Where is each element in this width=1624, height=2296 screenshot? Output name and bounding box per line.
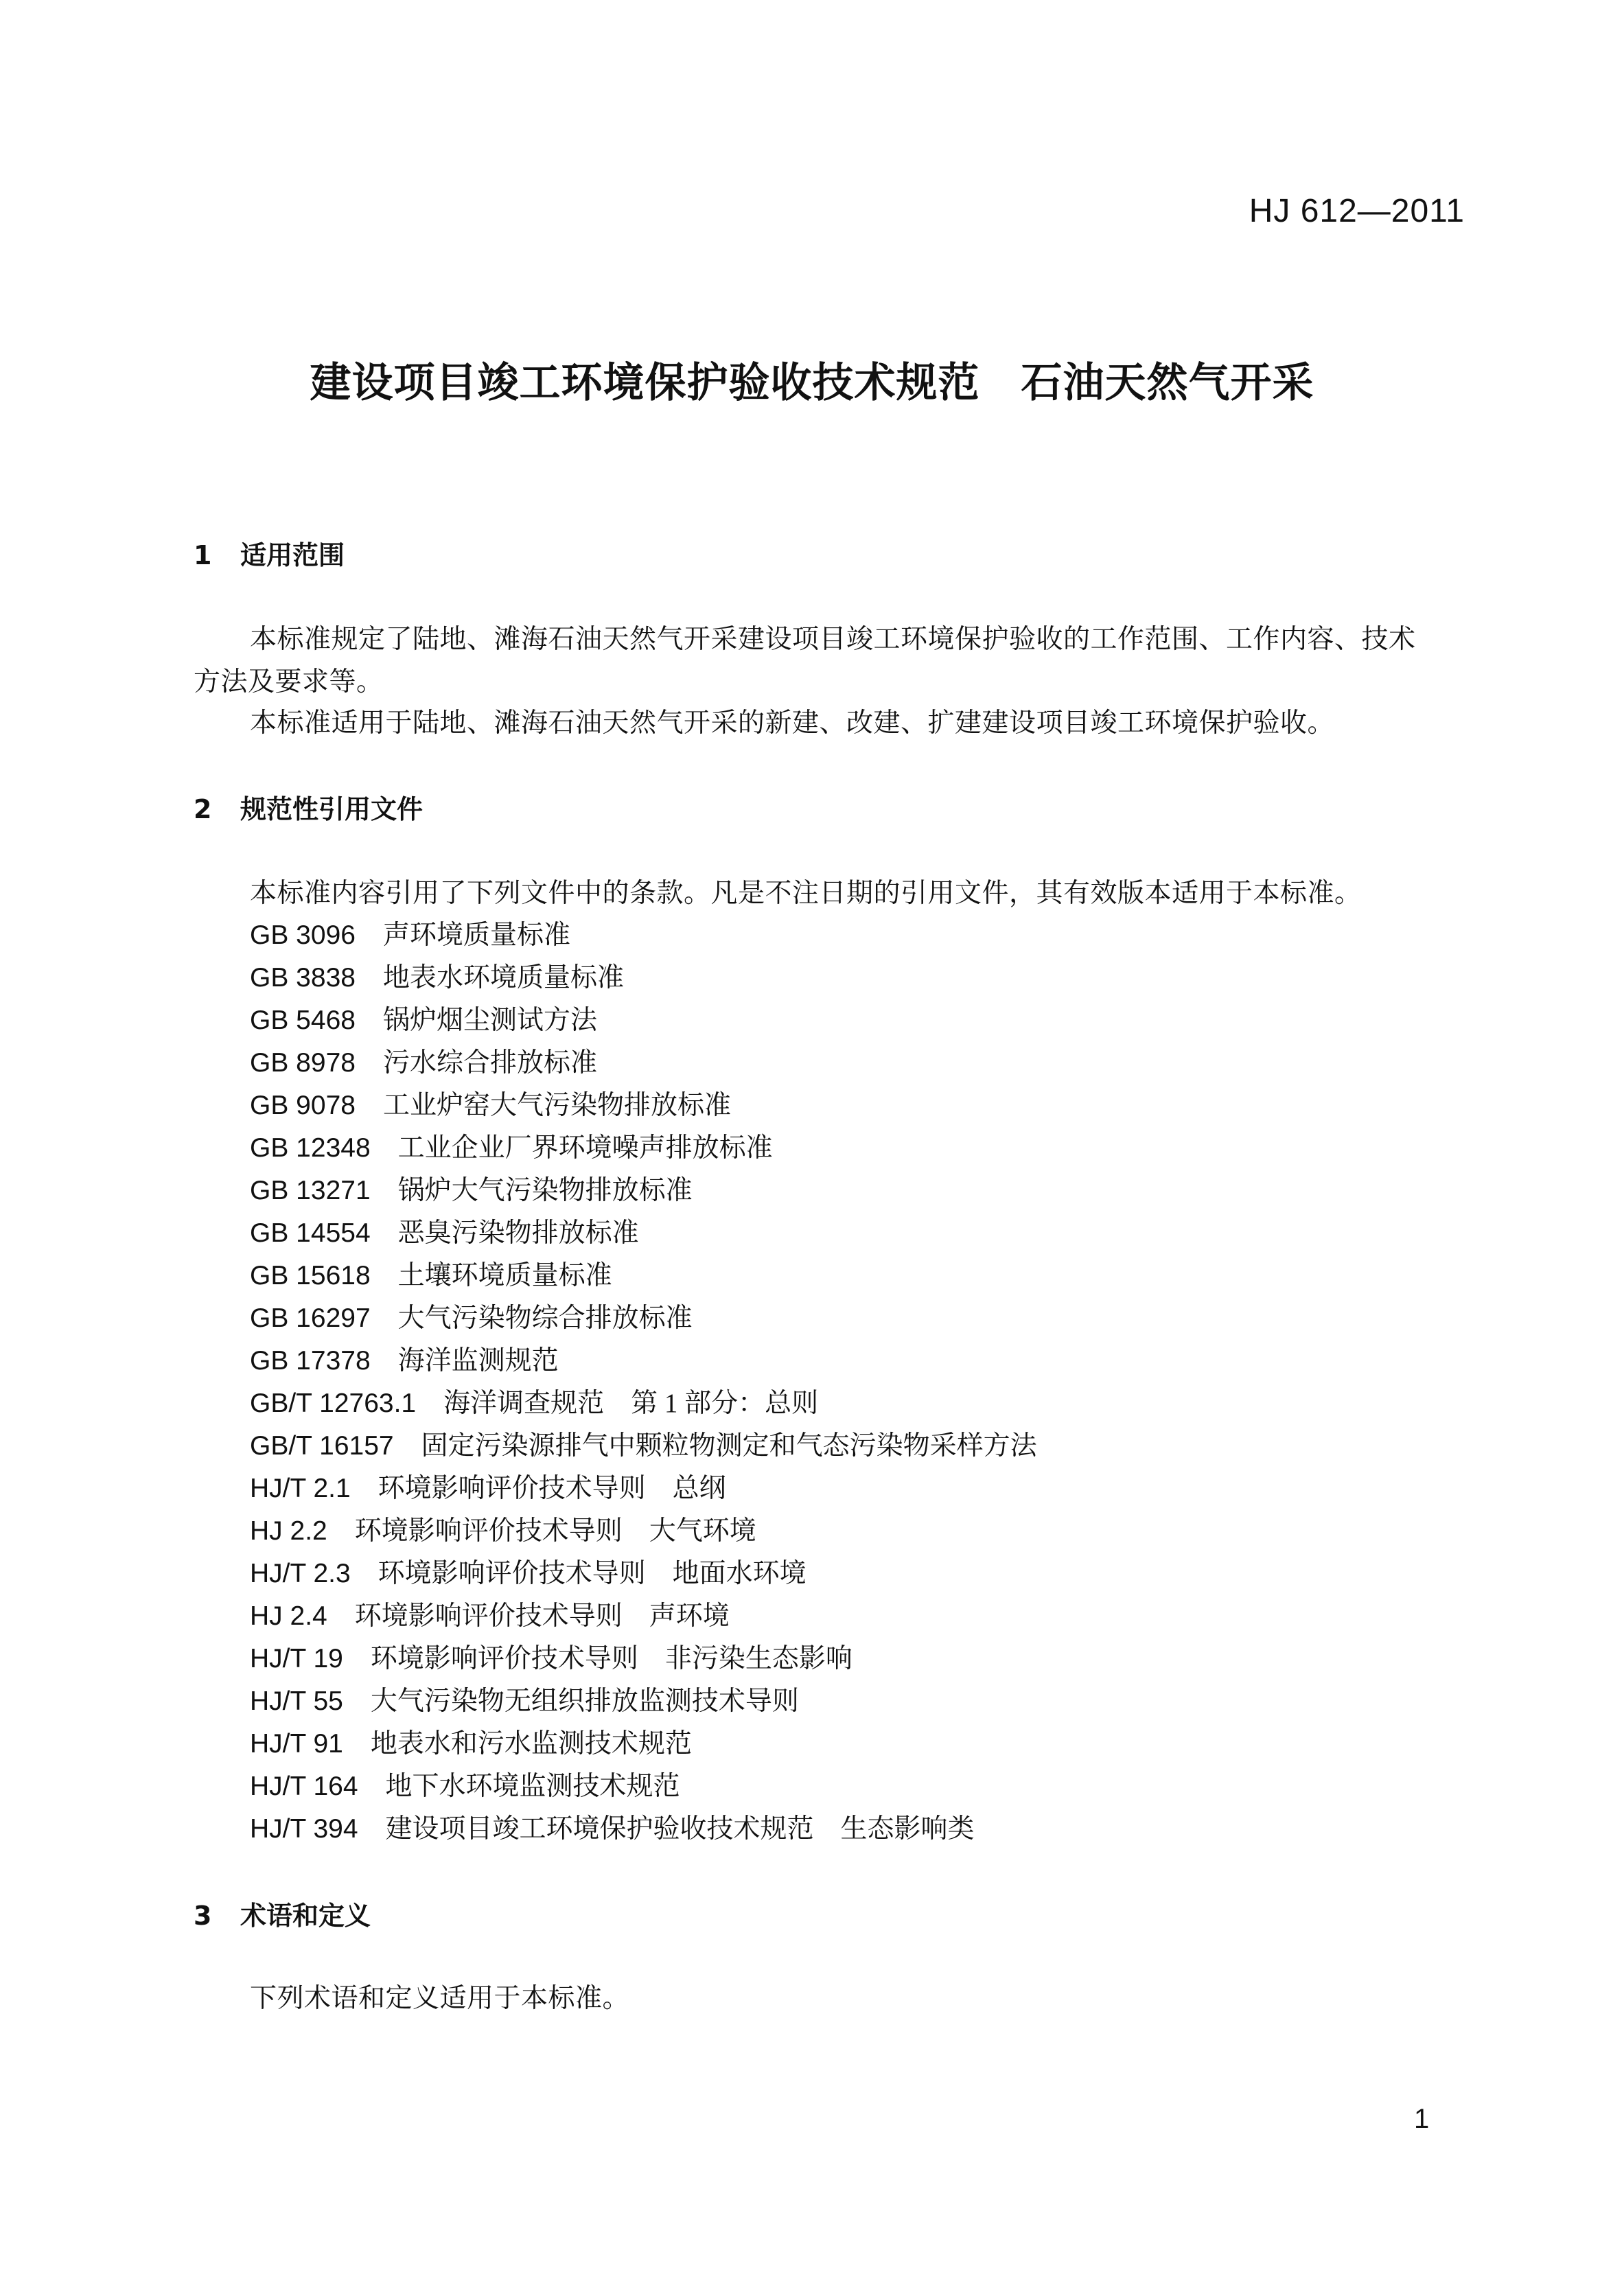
section-1-paragraph-1a: 本标准规定了陆地、滩海石油天然气开采建设项目竣工环境保护验收的工作范围、工作内容… — [250, 618, 1416, 656]
reference-item: GB 9078工业炉窑大气污染物排放标准 — [250, 1084, 731, 1122]
section-2-intro: 本标准内容引用了下列文件中的条款。凡是不注日期的引用文件，其有效版本适用于本标准… — [250, 872, 1362, 910]
reference-item: GB 3838地表水环境质量标准 — [250, 956, 624, 995]
reference-item: HJ/T 164地下水环境监测技术规范 — [250, 1765, 680, 1803]
reference-item: GB 12348工业企业厂界环境噪声排放标准 — [250, 1126, 773, 1165]
reference-item: GB 13271锅炉大气污染物排放标准 — [250, 1169, 693, 1207]
reference-item: HJ/T 55大气污染物无组织排放监测技术导则 — [250, 1680, 799, 1718]
reference-item: HJ 2.4环境影响评价技术导则 声环境 — [250, 1595, 730, 1633]
reference-item: HJ/T 2.1环境影响评价技术导则 总纲 — [250, 1467, 726, 1505]
reference-item: GB 14554恶臭污染物排放标准 — [250, 1211, 639, 1250]
reference-item: GB 8978污水综合排放标准 — [250, 1041, 597, 1080]
reference-item: HJ/T 19环境影响评价技术导则 非污染生态影响 — [250, 1637, 852, 1675]
title-sub: 石油天然气开采 — [1021, 359, 1314, 407]
page-number: 1 — [1414, 2104, 1429, 2135]
reference-item: GB/T 16157固定污染源排气中颗粒物测定和气态污染物采样方法 — [250, 1424, 1037, 1463]
reference-item: GB 15618土壤环境质量标准 — [250, 1254, 612, 1292]
reference-item: HJ/T 91地表水和污水监测技术规范 — [250, 1722, 692, 1761]
document-number: HJ 612—2011 — [1249, 192, 1465, 230]
section-1-paragraph-2: 本标准适用于陆地、滩海石油天然气开采的新建、改建、扩建建设项目竣工环境保护验收。 — [250, 701, 1334, 740]
reference-item: GB 3096声环境质量标准 — [250, 914, 570, 952]
document-title: 建设项目竣工环境保护验收技术规范石油天然气开采 — [0, 350, 1624, 409]
reference-item: GB 17378海洋监测规范 — [250, 1339, 559, 1378]
reference-item: HJ/T 394建设项目竣工环境保护验收技术规范 生态影响类 — [250, 1807, 975, 1846]
section-2-heading: 2规范性引用文件 — [194, 788, 423, 826]
reference-item: GB/T 12763.1海洋调查规范 第 1 部分：总则 — [250, 1382, 818, 1420]
section-3-heading: 3术语和定义 — [194, 1894, 371, 1932]
section-1-paragraph-1b: 方法及要求等。 — [194, 660, 384, 699]
reference-item: GB 5468锅炉烟尘测试方法 — [250, 999, 597, 1037]
title-main: 建设项目竣工环境保护验收技术规范 — [310, 359, 980, 407]
reference-item: HJ/T 2.3环境影响评价技术导则 地面水环境 — [250, 1552, 807, 1590]
section-1-heading: 1适用范围 — [194, 534, 345, 572]
reference-item: GB 16297大气污染物综合排放标准 — [250, 1297, 693, 1335]
reference-item: HJ 2.2环境影响评价技术导则 大气环境 — [250, 1509, 756, 1548]
section-3-intro: 下列术语和定义适用于本标准。 — [250, 1977, 629, 2015]
